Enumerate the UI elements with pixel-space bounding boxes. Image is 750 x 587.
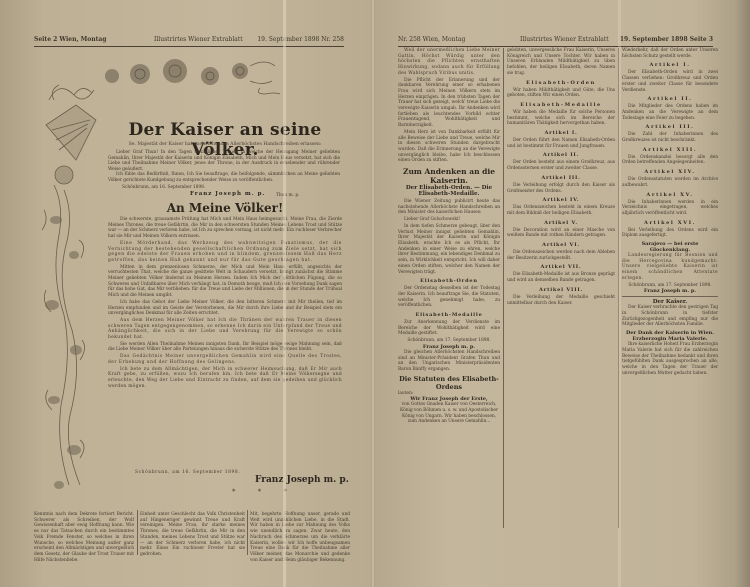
floral-ornament-icon bbox=[34, 40, 104, 500]
column-divider bbox=[137, 510, 138, 555]
article-text: Die Ordenskanzlei besorgt alle den Orden… bbox=[622, 155, 718, 166]
medal-name: Elisabeth-Medaille bbox=[398, 312, 500, 318]
article-text: Die Zahl der Inhaberinnen des Großkreuze… bbox=[622, 132, 718, 143]
proclamation-body: Die schwerste, grausamste Prüfung hat Mi… bbox=[108, 217, 342, 390]
article-heading: Artikel III. bbox=[622, 124, 718, 130]
proclamation-paragraph: Ich bete zu dem Allmächtigen, der Mich i… bbox=[108, 367, 342, 390]
order-text: Wir haben Mildthätigkeit und Güte, die U… bbox=[507, 88, 615, 99]
proclamation-paragraph: Eine Mörderhand, das Werkzeug des wahnwi… bbox=[108, 241, 342, 264]
article-heading: Artikel XIV. bbox=[622, 169, 718, 175]
column-1: Weil der unermeßlichen Liebe Meiner Gatt… bbox=[398, 48, 500, 425]
letter-body: Ich fühle das Bedürfniß, Ihnen, Ich Sie … bbox=[108, 172, 340, 183]
newspaper-spread: Seite 2 Wien, Montag Illustrirtes Wiener… bbox=[0, 0, 750, 587]
letter-salutation: Lieber Graf Thun! In den Tagen unsäglich… bbox=[108, 150, 340, 173]
article-heading: Artikel IV. bbox=[507, 197, 615, 203]
right-page-header: Nr. 258 Wien, Montag Illustrirtes Wiener… bbox=[398, 36, 713, 47]
article-text: Die Decoration wird an einer Masche von … bbox=[507, 228, 615, 239]
bottom-column-1: Kenntnis nach dem Dekrete fortiert Beric… bbox=[34, 512, 134, 563]
kaiser-text: Der Kaiser verbrachte den gestrigen Tag … bbox=[622, 305, 718, 328]
date-issue: 19. September 1898 Nr. 258 bbox=[257, 36, 344, 43]
column-1-paragraph: Die Pflicht der Erinnerung und der dankb… bbox=[398, 78, 500, 129]
letter-head: Lieber Graf Goluchowski! bbox=[398, 217, 500, 223]
article-text: Die Elisabeth-Medaille ist aus Bronze ge… bbox=[507, 272, 615, 283]
right-page: Nr. 258 Wien, Montag Illustrirtes Wiener… bbox=[373, 0, 750, 587]
article-text: Bei Verleihung des Ordens wird ein Diplo… bbox=[622, 228, 718, 239]
proclamation-signature: Franz Joseph m. p. bbox=[255, 475, 349, 485]
article-heading: Artikel XV. bbox=[622, 192, 718, 198]
dank-text: Ihre kaiserliche Hoheit Frau Erzherzogin… bbox=[622, 342, 718, 376]
column-2: gelobten, unvergessliche Frau Kaiserin, … bbox=[507, 48, 615, 306]
date-page: 19. September 1898 Seite 3 bbox=[620, 36, 713, 43]
proclamation-paragraph: Das Gedächtnis Meiner unvergeßlichen Gem… bbox=[108, 354, 342, 365]
article-text: Die Ordenszeichen werden nach dem Ablebe… bbox=[507, 250, 615, 261]
column-1-intro: Weil der unermeßlichen Liebe Meiner Gatt… bbox=[398, 48, 500, 77]
article-text: Die Verleihung der Medaille geschieht un… bbox=[507, 295, 615, 306]
letter-signature: Franz Joseph m. p. bbox=[190, 191, 265, 197]
article-heading: Artikel VII. bbox=[507, 264, 615, 270]
medal-heading: Elisabeth-Medaille bbox=[507, 102, 615, 108]
paper-crease bbox=[283, 0, 286, 587]
article-subtitle: Der Elisabeth-Orden. — Die Elisabeth-Med… bbox=[398, 185, 500, 197]
article-heading: Artikel XIII. bbox=[622, 147, 718, 153]
bottom-column-3: Mit, begehrte Hoffnung unser, gerade und… bbox=[250, 512, 350, 563]
column-3-intro: Wiederkehr, daß der Orden unter Unseren … bbox=[622, 48, 718, 59]
medal-text: Wir haben die Medaille für solche Person… bbox=[507, 110, 615, 127]
countersign-text: Die gleichen Allerhöchsten Handschreiben… bbox=[398, 350, 500, 373]
proclamation-paragraph: Die schwerste, grausamste Prüfung hat Mi… bbox=[108, 217, 342, 240]
signature: Franz Joseph m. p. bbox=[622, 288, 718, 297]
proclamation-text: Landesregierung für Bosnien und die Herc… bbox=[622, 253, 718, 282]
proclamation-title: Sarajevo — bei erste Glockenklang. bbox=[622, 241, 718, 253]
article-text: Die Mitglieder des Ordens haben im Anden… bbox=[622, 104, 718, 121]
order-text: Der Ordenstag desselben ist der Todestag… bbox=[398, 286, 500, 309]
letter-place-date: Schönbrunn, am 16. September 1898. bbox=[122, 185, 272, 191]
article-text: Der Orden führt den Namen Elisabeth-Orde… bbox=[507, 138, 615, 149]
column-divider bbox=[503, 48, 504, 528]
center-fold bbox=[371, 0, 375, 587]
article-heading: Artikel III. bbox=[507, 175, 615, 181]
order-heading: Elisabeth-Orden bbox=[507, 80, 615, 86]
article-heading: Artikel VI. bbox=[507, 242, 615, 248]
article-title: Zum Andenken an die Kaiserin. bbox=[398, 167, 500, 185]
column-3: Wiederkehr, daß der Orden unter Unseren … bbox=[622, 48, 718, 376]
article-intro: Die Wiener Zeitung publicirt heute das n… bbox=[398, 199, 500, 216]
proclamation-paragraph: Ich habe das Gebot der Liebe Meiner Völk… bbox=[108, 300, 342, 317]
statutes-title: Die Statuten des Elisabeth-Ordens bbox=[398, 375, 500, 391]
subtitle: Se. Majestät der Kaiser hat nachstehende… bbox=[110, 142, 340, 147]
proclamation-title: An Meine Völker! bbox=[120, 201, 330, 215]
masthead: Illustrirtes Wiener Extrablatt bbox=[520, 36, 609, 43]
article-text: Die Inhaberinnen werden in ein Verzeichn… bbox=[622, 200, 718, 217]
column-2-intro: gelobten, unvergessliche Frau Kaiserin, … bbox=[507, 48, 615, 77]
bottom-column-2: Einheit unter Geschlecht das Volk Christ… bbox=[140, 512, 245, 558]
proclamation-paragraph: Sie werden Allen Theilnahme Meinen innig… bbox=[108, 342, 342, 353]
article-text: Der Elisabeth-Orden wird in zwei Classen… bbox=[622, 70, 718, 93]
article-text: Der Orden besteht aus einem Großkreuz, a… bbox=[507, 160, 615, 171]
place-date: Schönbrunn, am 17. September 1898. bbox=[398, 338, 500, 344]
rose-garland-icon bbox=[100, 46, 290, 96]
proclamation-paragraph: Aus dem Herzen Meiner Völker hat Ich die… bbox=[108, 318, 342, 341]
column-divider bbox=[247, 510, 248, 555]
article-text: Die Ordensstatuten werden im Archive auf… bbox=[622, 177, 718, 188]
issue-label: Nr. 258 Wien, Montag bbox=[398, 36, 465, 43]
article-heading: Artikel V. bbox=[507, 220, 615, 226]
paper-crease bbox=[618, 0, 621, 587]
proclamation-paragraph: Mitten in dem grenzenlosen Schmerze, der… bbox=[108, 265, 342, 299]
article-heading: Artikel I. bbox=[622, 62, 718, 68]
article-heading: Artikel I. bbox=[507, 130, 615, 136]
letter-countersign: Thun m. p. bbox=[276, 193, 299, 199]
masthead: Illustrirtes Wiener Extrablatt bbox=[154, 36, 243, 43]
divider-stars: * * * bbox=[232, 488, 297, 496]
article-heading: Artikel XVI. bbox=[622, 220, 718, 226]
column-1-paragraph: Mein Herz ist von Dankbarkeit erfüllt fü… bbox=[398, 130, 500, 164]
article-heading: Artikel II. bbox=[622, 96, 718, 102]
page-edge-shadow bbox=[735, 0, 750, 587]
medal-text: Zur Anerkennung der Verdienste im Bereic… bbox=[398, 320, 500, 337]
article-heading: Artikel VIII. bbox=[507, 287, 615, 293]
statutes-text: von Gottes Gnaden Kaiser von Oesterreich… bbox=[398, 402, 500, 425]
letter-body: In dem tiefen Schmerze gebeugt, über den… bbox=[398, 224, 500, 275]
left-page: Seite 2 Wien, Montag Illustrirtes Wiener… bbox=[0, 0, 373, 587]
article-text: Das Ordenszeichen besteht in einem Kreuz… bbox=[507, 205, 615, 216]
article-heading: Artikel II. bbox=[507, 152, 615, 158]
article-text: Die Verleihung erfolgt durch den Kaiser … bbox=[507, 183, 615, 194]
order-name: Elisabeth-Orden bbox=[398, 278, 500, 284]
